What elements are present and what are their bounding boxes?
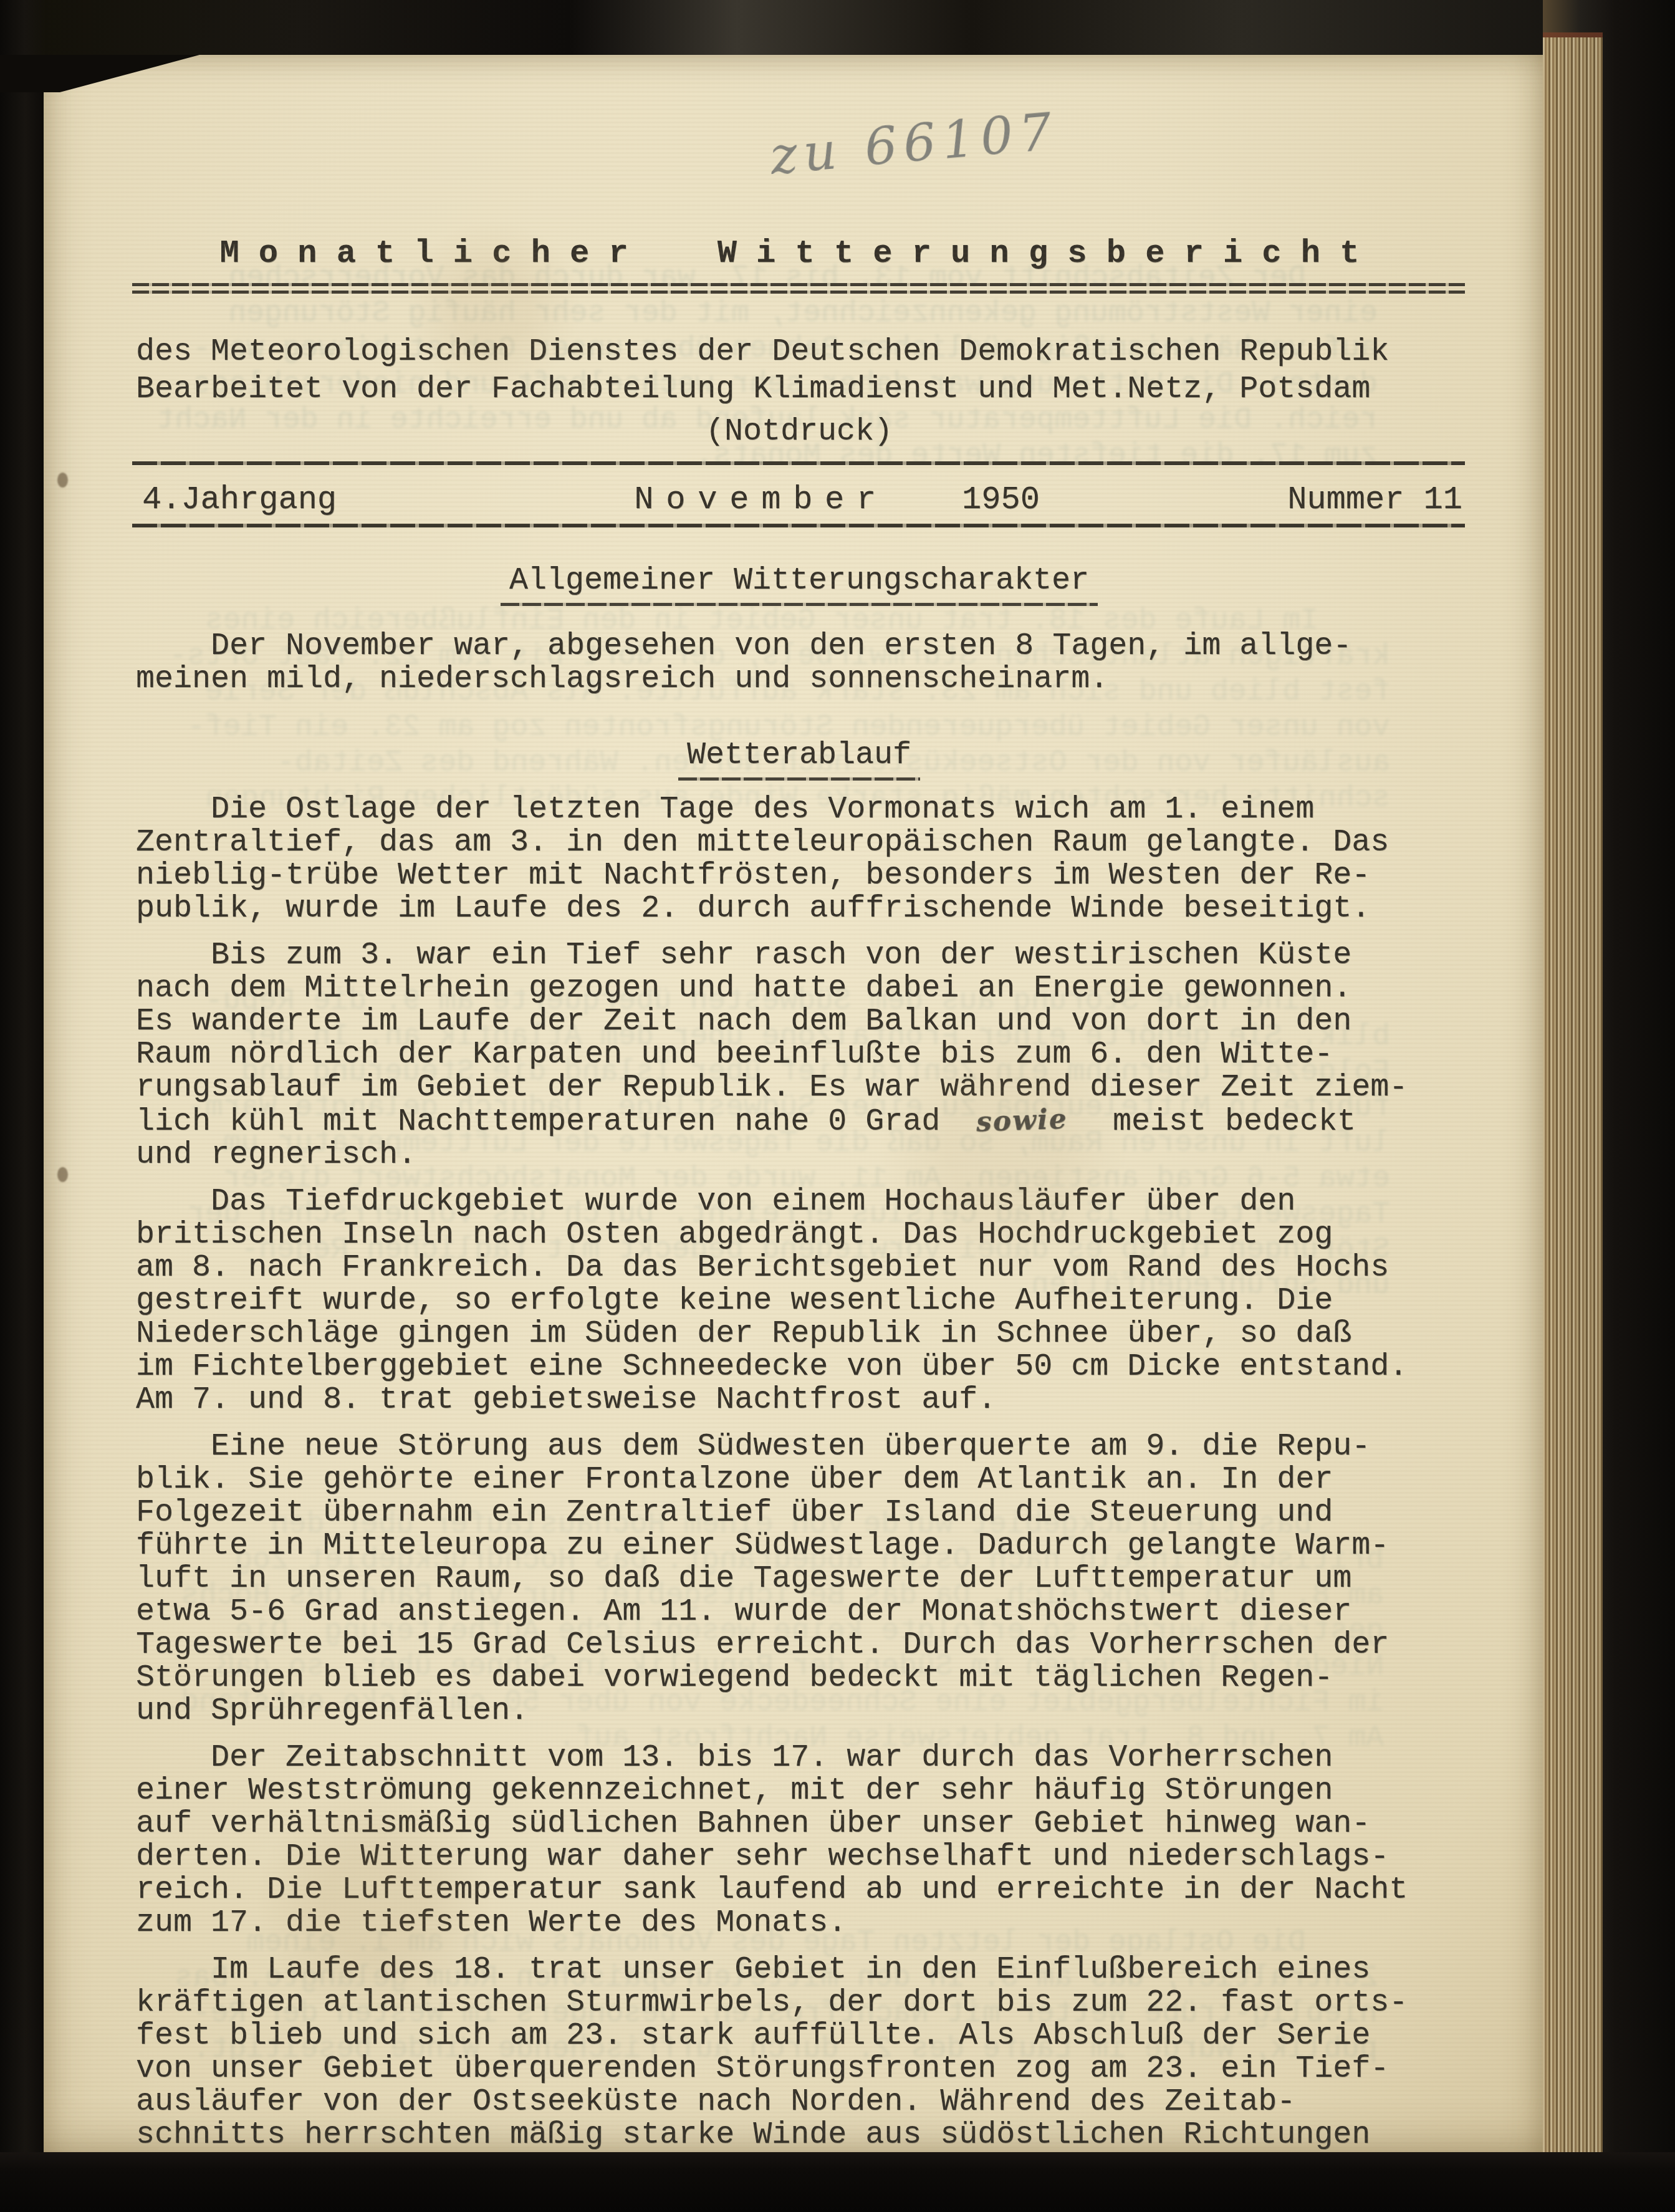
- punch-hole: [57, 473, 68, 488]
- paragraph: Der Zeitabschnitt vom 13. bis 17. war du…: [136, 1741, 1462, 1940]
- book-binding-right: [1543, 0, 1675, 2212]
- org-line-2: Bearbeitet von der Fachabteilung Klimadi…: [136, 373, 1370, 406]
- punch-hole: [57, 1167, 68, 1182]
- masthead-rule-bottom: [132, 524, 1465, 527]
- paragraph-with-insert: Bis zum 3. war ein Tief sehr rasch von d…: [136, 939, 1462, 1171]
- report-title: Monatlicher Witterungsbericht: [136, 237, 1462, 270]
- masthead-rule-top: [132, 461, 1465, 465]
- title-double-underline: [132, 283, 1465, 298]
- year-label: 1950: [962, 481, 1040, 518]
- typed-content: Monatlicher Witterungsbericht des Meteor…: [136, 55, 1462, 2157]
- section-heading-text: Allgemeiner Witterungscharakter: [501, 563, 1098, 606]
- issue-number: Nummer 11: [1287, 483, 1462, 516]
- stacked-page-edges: [1543, 37, 1603, 2168]
- volume-label: 4.Jahrgang: [142, 483, 337, 516]
- paragraph: Eine neue Störung aus dem Südwesten über…: [136, 1430, 1462, 1728]
- book-cover-top-edge: [0, 0, 1675, 57]
- document-page: Der Zeitabschnitt vom 13. bis 17. war du…: [44, 55, 1543, 2157]
- section-heading-text: Wetterablauf: [678, 738, 920, 781]
- section-heading-witterungscharakter: Allgemeiner Witterungscharakter: [136, 564, 1462, 597]
- paragraph: Die Ostlage der letzten Tage des Vormona…: [136, 793, 1462, 925]
- paragraph: Das Tiefdruckgebiet wurde von einem Hoch…: [136, 1185, 1462, 1416]
- org-line-1: des Meteorologischen Dienstes der Deutsc…: [136, 335, 1389, 368]
- print-note: (Notdruck): [136, 415, 1462, 448]
- book-cover-bottom-edge: [0, 2152, 1675, 2212]
- paragraph: Im Laufe des 18. trat unser Gebiet in de…: [136, 1953, 1462, 2152]
- masthead-row: 4.Jahrgang November1950 Nummer 11: [142, 483, 1462, 516]
- section-heading-wetterablauf: Wetterablauf: [136, 739, 1462, 772]
- paragraph-charakter: Der November war, abgesehen von den erst…: [136, 630, 1351, 696]
- book-cover-left-edge: [0, 0, 46, 2212]
- binding-edge-highlight: [1543, 32, 1603, 37]
- wetterablauf-body: Die Ostlage der letzten Tage des Vormona…: [136, 793, 1462, 2165]
- issue-date: November1950: [634, 483, 1040, 516]
- scanned-document-page: Der Zeitabschnitt vom 13. bis 17. war du…: [0, 0, 1675, 2212]
- handwritten-insert: sowie: [976, 1102, 1068, 1138]
- month-label: November: [634, 481, 888, 518]
